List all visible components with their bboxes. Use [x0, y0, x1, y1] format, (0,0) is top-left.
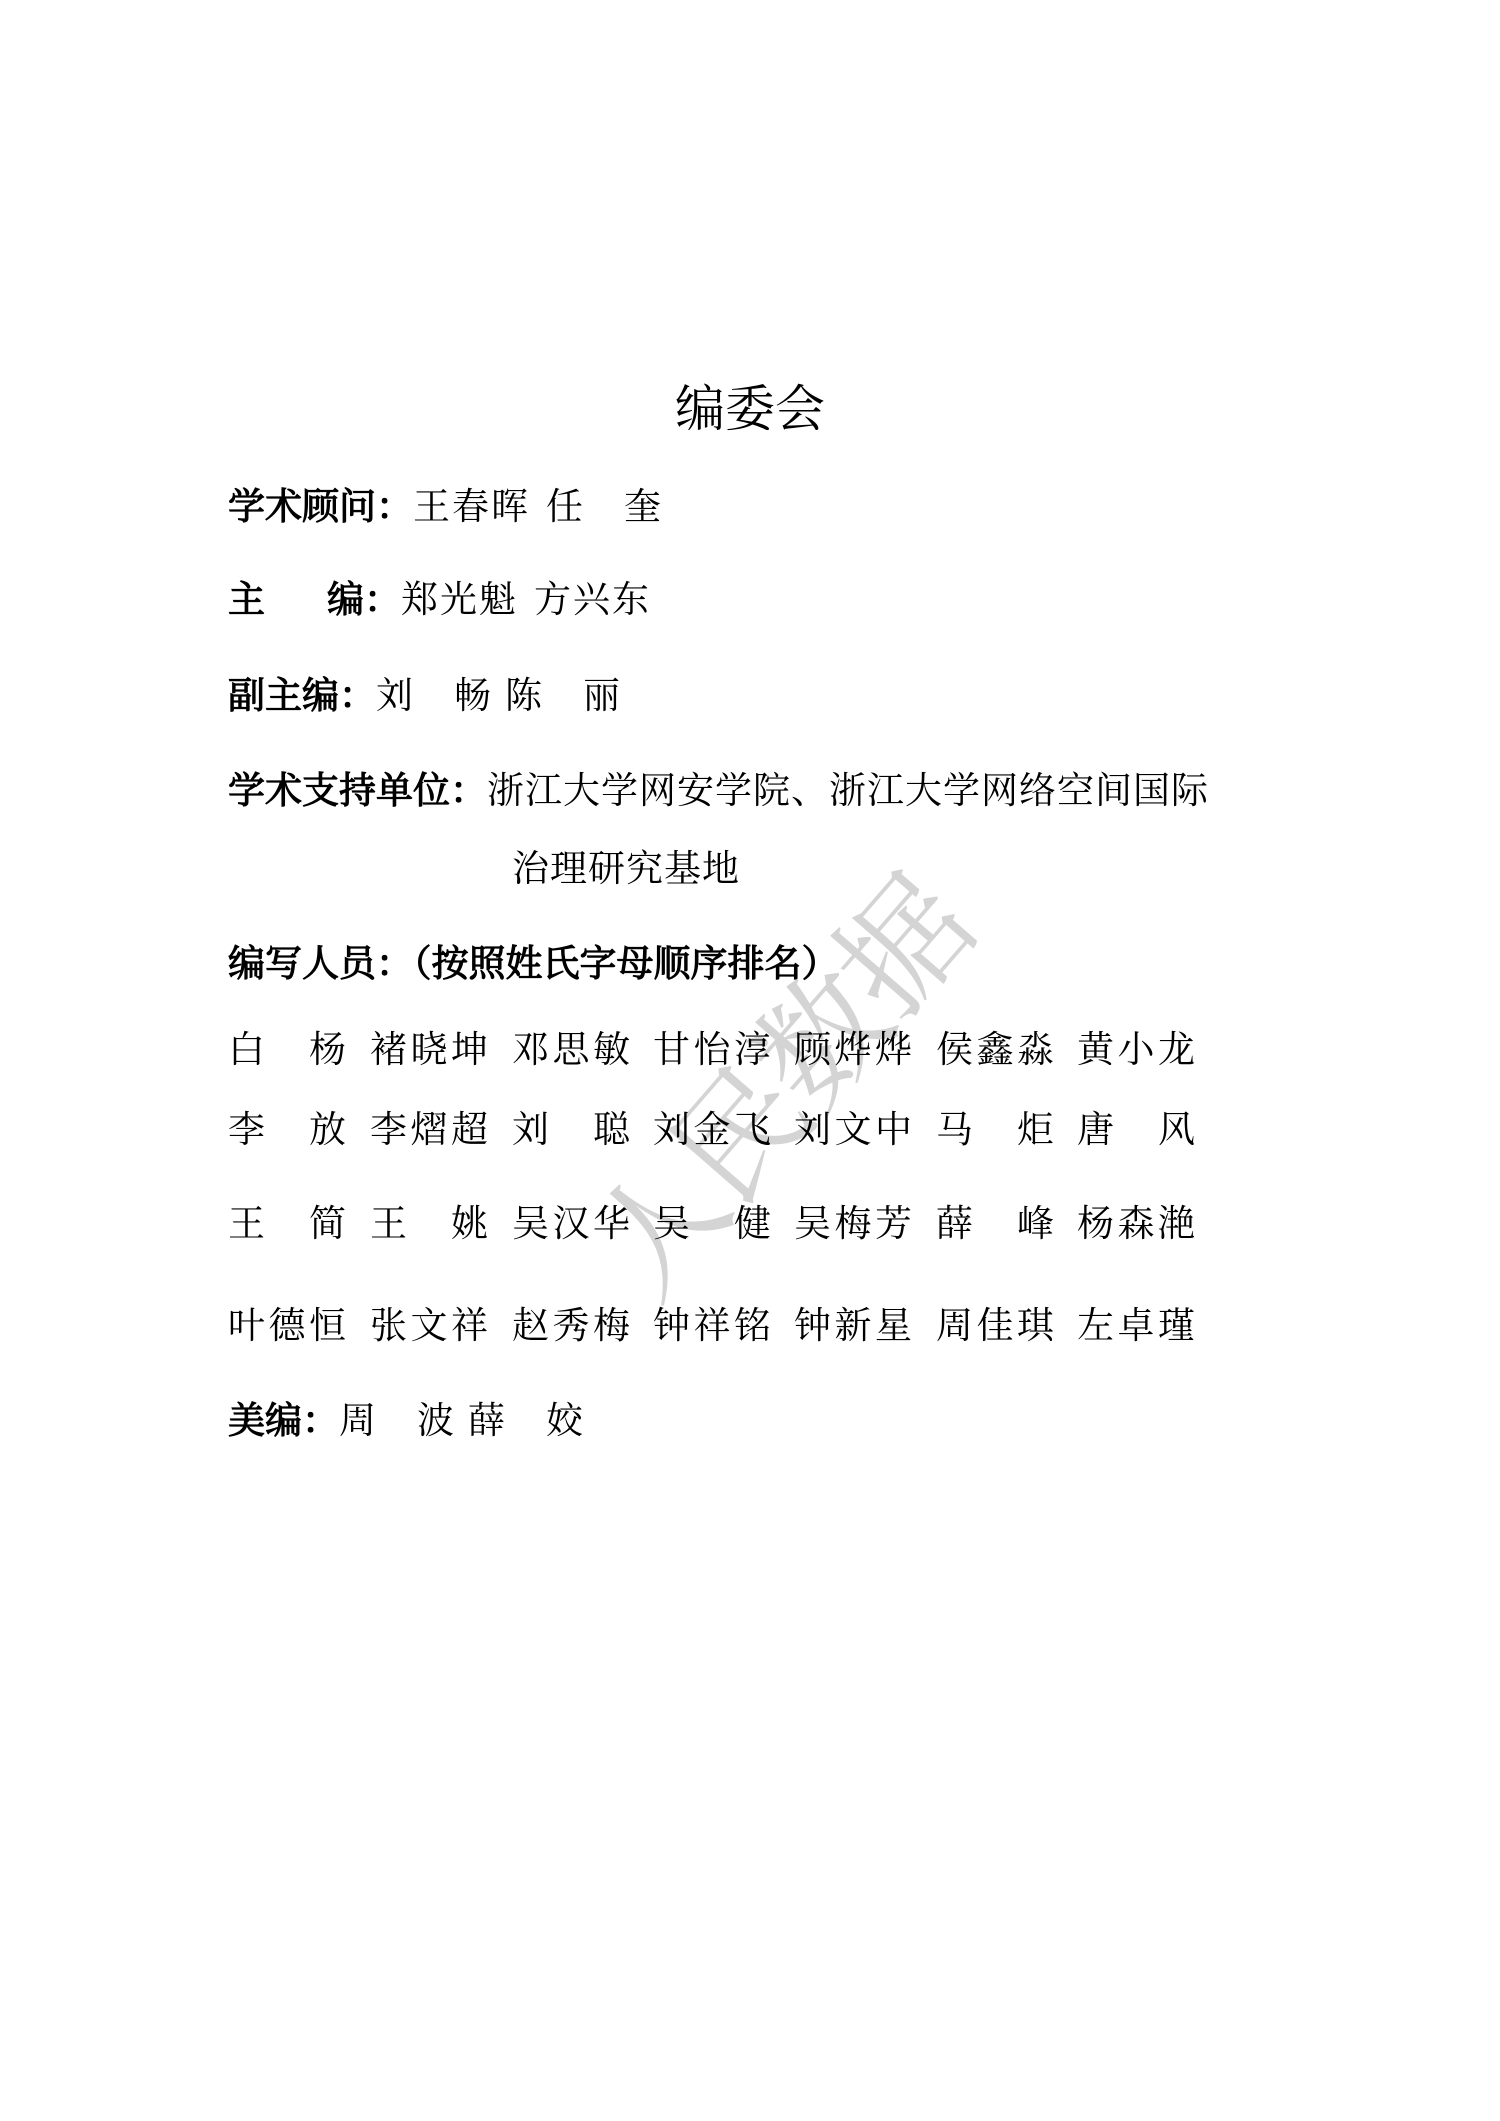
writer-name: 王 简 — [228, 1200, 346, 1248]
writer-name: 侯鑫淼 — [936, 1026, 1054, 1074]
writer-name: 王 姚 — [370, 1200, 488, 1248]
chief-editor-name: 方兴东 — [534, 578, 651, 621]
page-title: 编委会 — [0, 380, 1500, 438]
deputy-editor-name: 陈 丽 — [505, 674, 622, 717]
writer-name: 叶德恒 — [228, 1302, 346, 1350]
writers-row: 编写人员：（按照姓氏字母顺序排名） — [228, 940, 839, 988]
support-row: 学术支持单位：浙江大学网安学院、浙江大学网络空间国际 — [228, 767, 1209, 815]
art-editors-row: 美编：周 波薛 姣 — [228, 1397, 585, 1445]
support-row-continued: 治理研究基地 — [512, 845, 740, 893]
writer-name: 钟新星 — [794, 1302, 912, 1350]
chief-editor-name: 郑光魁 — [401, 578, 518, 621]
writer-name: 唐 风 — [1077, 1106, 1195, 1154]
writer-name: 李 放 — [228, 1106, 346, 1154]
writer-name: 黄小龙 — [1077, 1026, 1195, 1074]
writer-name: 甘怡淳 — [653, 1026, 771, 1074]
writer-name: 李熠超 — [370, 1106, 488, 1154]
art-editor-name: 薛 姣 — [468, 1399, 585, 1442]
writer-name: 吴梅芳 — [794, 1200, 912, 1248]
advisors-label: 学术顾问： — [228, 485, 413, 528]
chief-editors-label-b: 编： — [327, 578, 401, 621]
deputy-editors-label: 副主编： — [228, 674, 376, 717]
deputy-editors-row: 副主编：刘 畅陈 丽 — [228, 672, 622, 720]
advisor-name: 任 奎 — [546, 485, 663, 528]
writer-name: 刘金飞 — [653, 1106, 771, 1154]
writers-label: 编写人员：（按照姓氏字母顺序排名） — [228, 942, 839, 985]
writer-name: 周佳琪 — [936, 1302, 1054, 1350]
writer-name: 张文祥 — [370, 1302, 488, 1350]
chief-editors-row: 主编：郑光魁方兴东 — [228, 576, 651, 624]
writer-name: 钟祥铭 — [653, 1302, 771, 1350]
support-label: 学术支持单位： — [228, 769, 487, 812]
writer-name: 杨森滟 — [1077, 1200, 1195, 1248]
advisor-name: 王春晖 — [413, 485, 530, 528]
writer-name: 左卓瑾 — [1077, 1302, 1195, 1350]
writer-name: 邓思敏 — [512, 1026, 630, 1074]
writer-name: 刘文中 — [794, 1106, 912, 1154]
chief-editors-label-a: 主 — [228, 578, 265, 621]
art-editor-name: 周 波 — [339, 1399, 456, 1442]
support-line-1: 浙江大学网安学院、浙江大学网络空间国际 — [487, 769, 1209, 812]
writer-name: 刘 聪 — [512, 1106, 630, 1154]
writer-name: 薛 峰 — [936, 1200, 1054, 1248]
advisors-row: 学术顾问：王春晖任 奎 — [228, 483, 663, 531]
watermark: 人民数据 — [567, 838, 1014, 1322]
deputy-editor-name: 刘 畅 — [376, 674, 493, 717]
writer-name: 顾烨烨 — [794, 1026, 912, 1074]
writer-name: 白 杨 — [228, 1026, 346, 1074]
writer-name: 赵秀梅 — [512, 1302, 630, 1350]
support-line-2: 治理研究基地 — [512, 847, 740, 890]
writer-name: 吴 健 — [653, 1200, 771, 1248]
writer-name: 马 炬 — [936, 1106, 1054, 1154]
writer-name: 褚晓坤 — [370, 1026, 488, 1074]
writer-name: 吴汉华 — [512, 1200, 630, 1248]
art-editors-label: 美编： — [228, 1399, 339, 1442]
